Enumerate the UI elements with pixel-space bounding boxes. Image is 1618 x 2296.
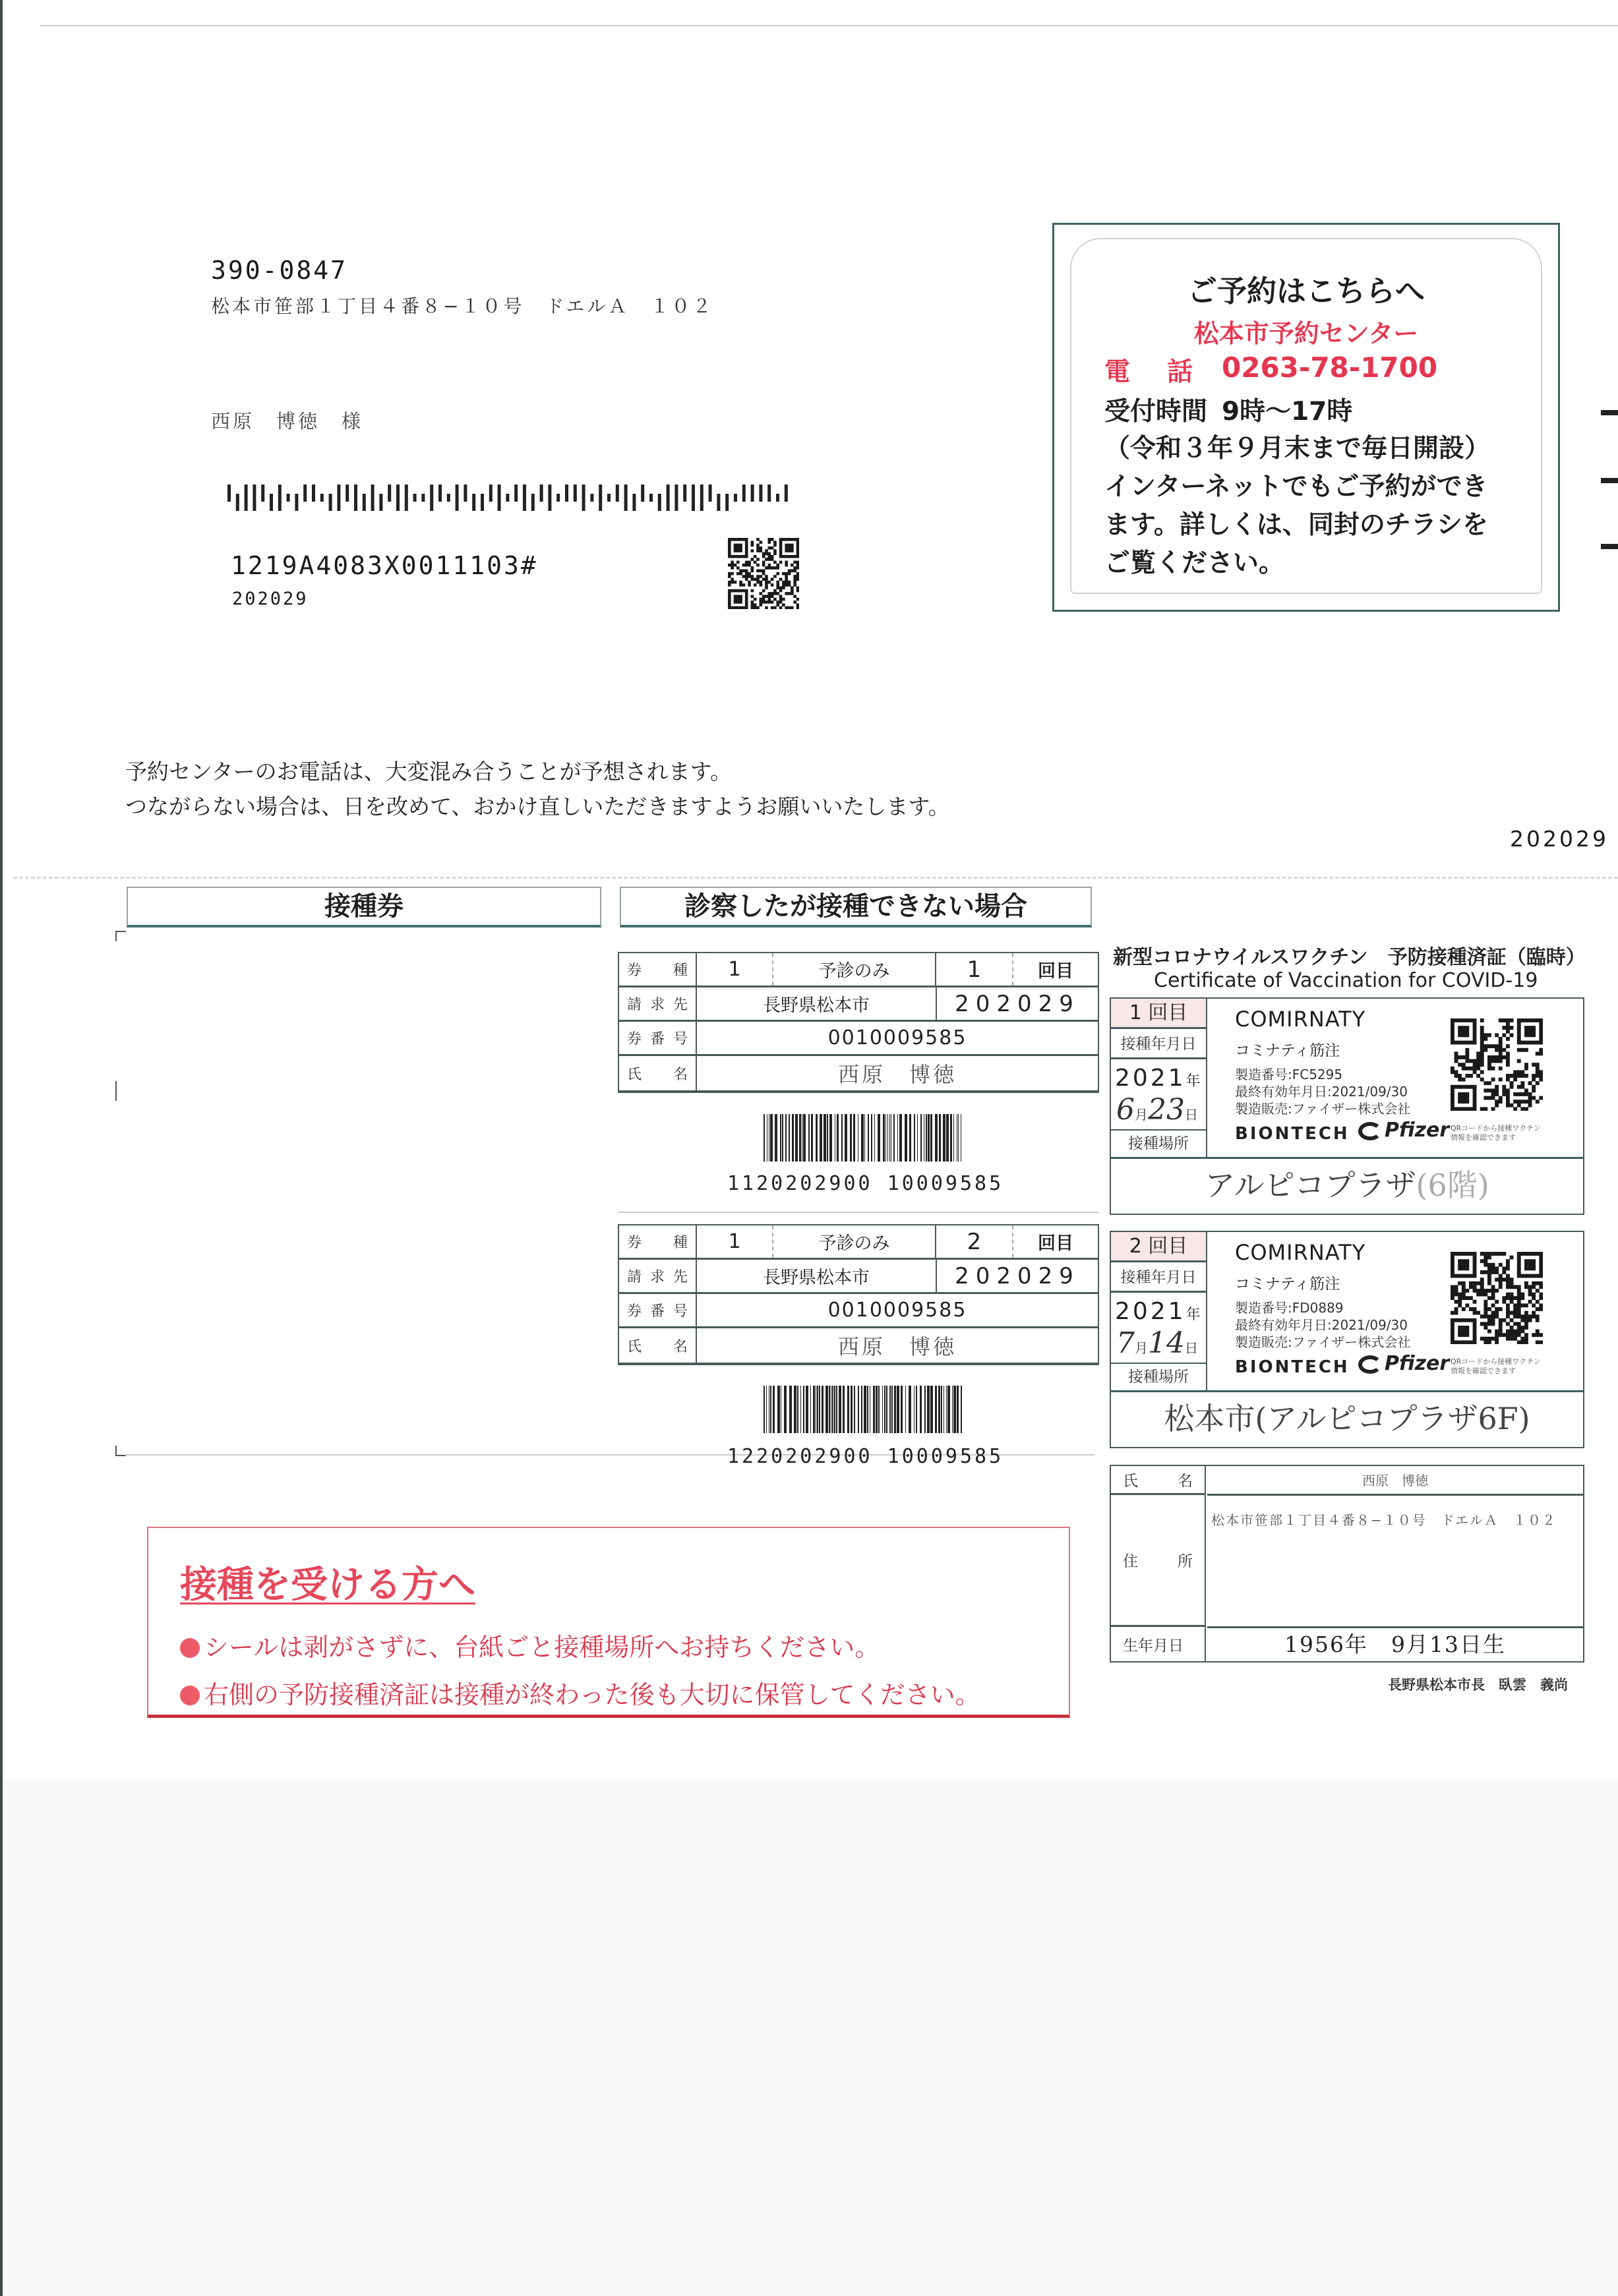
- bullet-icon: [180, 1686, 200, 1705]
- billing-code: 202029: [937, 1260, 1098, 1292]
- ticket-type-value: 1: [697, 953, 773, 986]
- reservation-info-box: ご予約はこちらへ 松本市予約センター 電話 0263-78-1700 受付時間 …: [1052, 223, 1560, 612]
- crop-mark: [115, 1081, 117, 1101]
- person-dob: 1956年 9月13日生: [1207, 1628, 1583, 1661]
- ticket-barcode: [764, 1386, 968, 1433]
- pfizer-logo: Pfizer: [1358, 1352, 1449, 1375]
- manufacturer: 製造販売:ファイザー株式会社: [1235, 1100, 1410, 1117]
- label-name: 氏名: [619, 1328, 697, 1363]
- reservation-inner-frame: ご予約はこちらへ 松本市予約センター 電話 0263-78-1700 受付時間 …: [1070, 238, 1542, 594]
- qr-code-icon: [728, 538, 799, 609]
- edge-mark: [1601, 544, 1618, 549]
- row-divider: [1207, 1494, 1583, 1496]
- dose-record-1: 1 回目 接種年月日 2021年 6月23日 接種場所 COMIRNATY コミ…: [1110, 997, 1584, 1215]
- ticket-barcode-number: 1120202900 10009585: [727, 1172, 1004, 1195]
- reservation-title: ご予約はこちらへ: [1071, 267, 1541, 310]
- billing-code: 202029: [937, 987, 1098, 1020]
- dose-suffix: 回目: [1013, 953, 1098, 986]
- recipient-name: 西原 博徳 様: [211, 407, 363, 434]
- lot-number: 製造番号:FC5295: [1235, 1066, 1410, 1083]
- person-name: 西原 博徳: [1207, 1466, 1583, 1495]
- open-period: （令和３年９月末まで毎日開設）: [1104, 428, 1490, 465]
- perforation-line: [13, 877, 1618, 879]
- vaccination-place: アルピコプラザ(6階): [1111, 1157, 1583, 1214]
- edge-mark: [1601, 478, 1618, 483]
- vaccine-lot-info: 製造番号:FD0889 最終有効年月日:2021/09/30 製造販売:ファイザ…: [1235, 1299, 1410, 1351]
- pfizer-icon: [1358, 1122, 1382, 1140]
- label-name: 氏名: [619, 1056, 697, 1090]
- dose-label: 2 回目: [1111, 1232, 1206, 1262]
- top-fold-line: [40, 25, 1618, 26]
- certificate-subtitle: Certificate of Vaccination for COVID-19: [1154, 969, 1538, 992]
- mailing-address: 松本市笹部１丁目４番８−１０号 ドエルＡ １０２: [211, 292, 713, 318]
- postal-customer-barcode: [227, 485, 794, 511]
- notice-line-1: 予約センターのお電話は、大変混み合うことが予想されます。: [125, 755, 732, 786]
- hours-value: 9時〜17時: [1222, 391, 1352, 428]
- manufacturer: 製造販売:ファイザー株式会社: [1235, 1334, 1410, 1351]
- label-ticket-type: 券種: [619, 1225, 697, 1258]
- bullet-icon: [180, 1638, 200, 1658]
- pfizer-icon: [1358, 1355, 1382, 1374]
- dose-side-column: 1 回目 接種年月日 2021年 6月23日 接種場所: [1111, 999, 1207, 1157]
- qr-note: QRコードから接種ワクチン情報を確認できます: [1451, 1124, 1543, 1142]
- municipality-code: 202029: [232, 589, 309, 609]
- date-label: 接種年月日: [1111, 1030, 1206, 1059]
- scan-background: [0, 1780, 1618, 2296]
- instructions-title: 接種を受ける方へ: [180, 1556, 475, 1608]
- instruction-item: シールは剥がさずに、台紙ごと接種場所へお持ちください。: [180, 1627, 880, 1663]
- qr-note: QRコードから接種ワクチン情報を確認できます: [1451, 1357, 1543, 1376]
- billing-to: 長野県松本市: [697, 1260, 937, 1292]
- postal-code: 390-0847: [211, 256, 347, 285]
- ticket-type-value: 1: [697, 1225, 773, 1258]
- expiry-date: 最終有効年月日:2021/09/30: [1235, 1083, 1410, 1100]
- edge-mark: [1601, 410, 1618, 415]
- name-row: 氏名 西原 博徳: [619, 1056, 1098, 1090]
- place-label: 接種場所: [1111, 1363, 1206, 1389]
- pfizer-logo: Pfizer: [1358, 1119, 1449, 1142]
- internet-note-line-3: ご覧ください。: [1104, 543, 1284, 579]
- reservation-center-name: 松本市予約センター: [1071, 313, 1541, 349]
- dose-number: 1: [936, 953, 1013, 986]
- vaccination-ticket-1: 券種 1 予診のみ 1 回目 請求先 長野県松本市 202029 券番号 001…: [618, 952, 1099, 1093]
- ticket-number: 0010009585: [697, 1294, 1098, 1326]
- customer-code: 1219A4083X0011103#: [231, 551, 538, 580]
- sheet-code: 202029: [1510, 826, 1609, 852]
- phone-number[interactable]: 0263-78-1700: [1222, 351, 1437, 384]
- vaccine-lot-info: 製造番号:FC5295 最終有効年月日:2021/09/30 製造販売:ファイザ…: [1235, 1066, 1410, 1117]
- vaccination-place: 松本市(アルピコプラザ6F): [1111, 1390, 1583, 1447]
- ticket-number: 0010009585: [697, 1022, 1098, 1054]
- vaccination-month-day: 6月23日: [1116, 1093, 1198, 1127]
- ticket-holder-name: 西原 博徳: [697, 1056, 1098, 1090]
- label-ticket-number: 券番号: [619, 1022, 697, 1054]
- crop-mark: [115, 931, 126, 941]
- label-ticket-number: 券番号: [619, 1294, 697, 1326]
- expiry-date: 最終有効年月日:2021/09/30: [1235, 1316, 1410, 1334]
- internet-note-line-1: インターネットでもご予約ができ: [1104, 466, 1488, 503]
- ticket-number-row: 券番号 0010009585: [619, 1294, 1098, 1328]
- ticket-separator: [618, 1212, 1099, 1213]
- instructions-box: 接種を受ける方へ シールは剥がさずに、台紙ごと接種場所へお持ちください。 右側の…: [147, 1527, 1070, 1718]
- dose-side-column: 2 回目 接種年月日 2021年 7月14日 接種場所: [1111, 1232, 1207, 1390]
- vaccination-year: 2021年: [1115, 1298, 1201, 1325]
- date-label: 接種年月日: [1111, 1264, 1206, 1293]
- ticket-type-desc: 予診のみ: [773, 953, 936, 986]
- internet-note-line-2: ます。詳しくは、同封のチラシを: [1104, 504, 1488, 541]
- qr-code-icon: [1451, 1018, 1543, 1111]
- ticket-barcode-number: 1220202900 10009585: [727, 1445, 1004, 1468]
- place-label: 接種場所: [1111, 1129, 1206, 1156]
- vaccine-name: COMIRNATY: [1235, 1007, 1365, 1032]
- ticket-section-header: 接種券: [127, 887, 601, 927]
- billing-to: 長野県松本市: [697, 987, 937, 1020]
- vaccination-month-day: 7月14日: [1116, 1326, 1198, 1360]
- biontech-logo: BIONTECH: [1235, 1357, 1350, 1377]
- biontech-logo: BIONTECH: [1235, 1124, 1350, 1144]
- lot-number: 製造番号:FD0889: [1235, 1299, 1410, 1316]
- label-billing: 請求先: [619, 1260, 697, 1292]
- dose-number: 2: [936, 1225, 1013, 1258]
- personal-info-table: 氏名 住所 生年月日 西原 博徳 松本市笹部１丁目４番８−１０号 ドエルＡ １０…: [1110, 1465, 1584, 1663]
- dose-record-2: 2 回目 接種年月日 2021年 7月14日 接種場所 COMIRNATY コミ…: [1110, 1231, 1584, 1448]
- crop-mark: [115, 1446, 126, 1456]
- vaccination-year: 2021年: [1115, 1065, 1201, 1092]
- no-vaccination-section-header: 診察したが接種できない場合: [620, 887, 1092, 927]
- qr-code-icon: [1451, 1252, 1543, 1344]
- label-address: 住所: [1111, 1495, 1206, 1627]
- instruction-item: 右側の予防接種済証は接種が終わった後も大切に保管してください。: [180, 1674, 980, 1711]
- ticket-type-desc: 予診のみ: [773, 1225, 936, 1258]
- label-billing: 請求先: [619, 987, 697, 1020]
- ticket-barcode: [764, 1114, 968, 1162]
- vaccine-name-jp: コミナティ筋注: [1235, 1272, 1340, 1293]
- vaccination-ticket-2: 券種 1 予診のみ 2 回目 請求先 長野県松本市 202029 券番号 001…: [618, 1224, 1099, 1365]
- label-ticket-type: 券種: [619, 953, 697, 986]
- phone-label: 電話: [1104, 351, 1230, 388]
- dose-suffix: 回目: [1013, 1225, 1098, 1258]
- vaccine-name: COMIRNATY: [1235, 1240, 1365, 1265]
- billing-row: 請求先 長野県松本市 202029: [619, 987, 1098, 1022]
- scan-edge: [0, 0, 3, 2296]
- dose-label: 1 回目: [1111, 999, 1206, 1029]
- billing-row: 請求先 長野県松本市 202029: [619, 1260, 1098, 1294]
- label-dob: 生年月日: [1111, 1627, 1206, 1661]
- notice-line-2: つながらない場合は、日を改めて、おかけ直しいただきますようお願いいたします。: [125, 790, 950, 821]
- ticket-type-row: 券種 1 予診のみ 2 回目: [619, 1225, 1098, 1260]
- vaccine-name-jp: コミナティ筋注: [1235, 1038, 1340, 1060]
- person-address: 松本市笹部１丁目４番８−１０号 ドエルＡ １０２: [1211, 1510, 1557, 1529]
- certificate-title: 新型コロナウイルスワクチン 予防接種済証（臨時）: [1113, 941, 1586, 970]
- hours-label: 受付時間: [1104, 391, 1207, 428]
- ticket-holder-name: 西原 博徳: [697, 1328, 1098, 1363]
- ticket-number-row: 券番号 0010009585: [619, 1022, 1098, 1056]
- label-name: 氏名: [1111, 1466, 1206, 1495]
- ticket-type-row: 券種 1 予診のみ 1 回目: [619, 953, 1098, 987]
- name-row: 氏名 西原 博徳: [619, 1328, 1098, 1363]
- issuer-name: 長野県松本市長 臥雲 義尚: [1388, 1674, 1568, 1694]
